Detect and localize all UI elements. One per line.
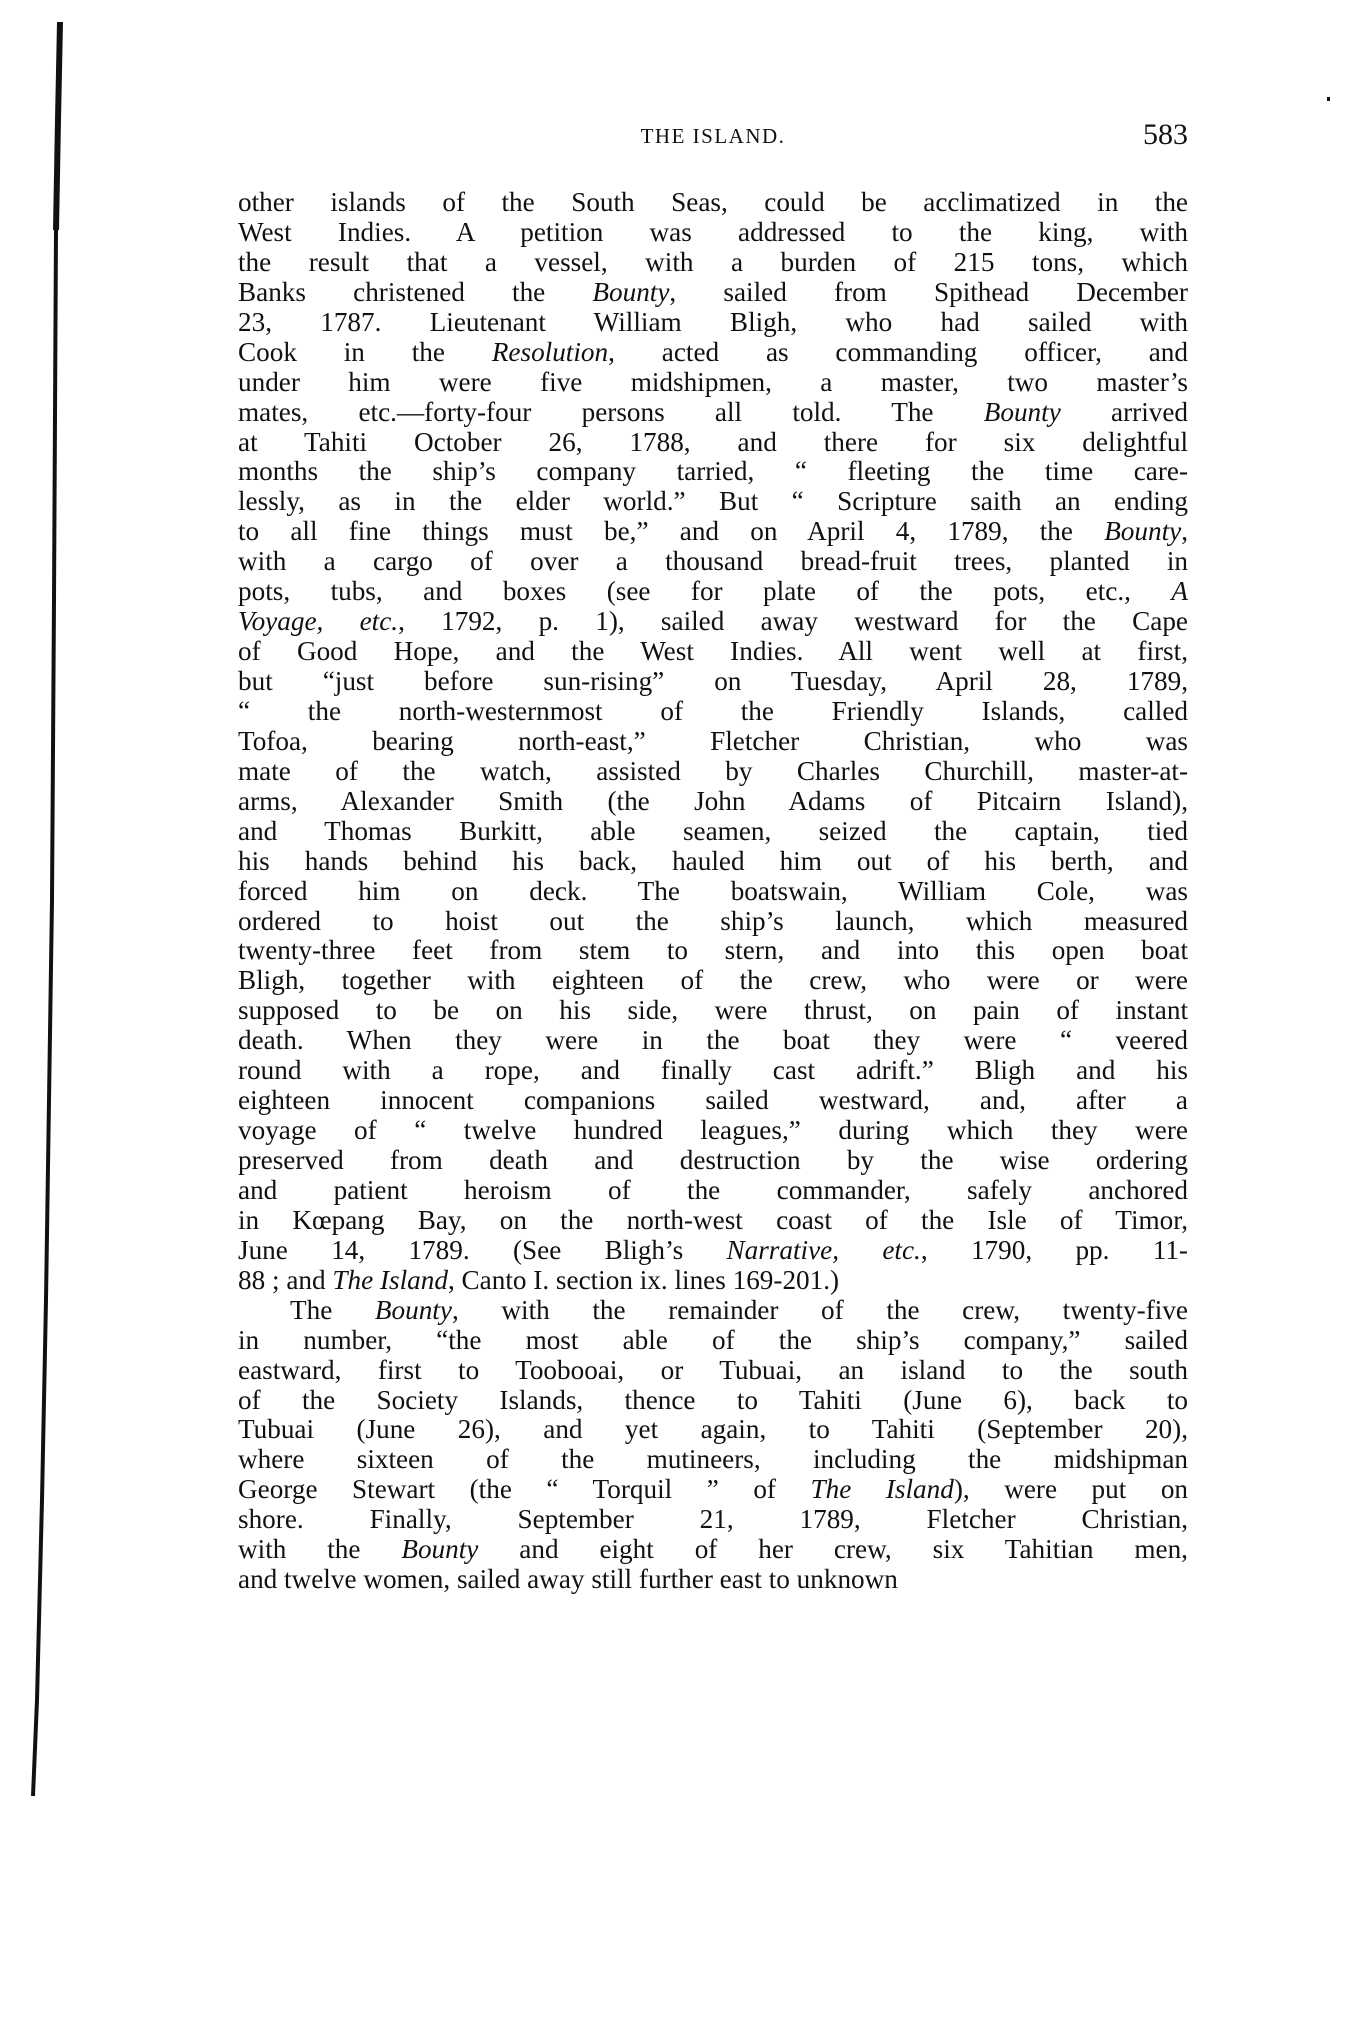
italic-title: Resolution xyxy=(492,337,608,367)
text-line: mate of the watch, assisted by Charles C… xyxy=(238,757,1188,787)
text-segment: arms, Alexander Smith (the John Adams of… xyxy=(238,786,1188,816)
text-segment: other islands of the South Seas, could b… xyxy=(238,187,1188,217)
text-line: supposed to be on his side, were thrust,… xyxy=(238,996,1188,1026)
text-line: and patient heroism of the commander, sa… xyxy=(238,1176,1188,1206)
text-line: eighteen innocent companions sailed west… xyxy=(238,1086,1188,1116)
text-segment: his hands behind his back, hauled him ou… xyxy=(238,846,1188,876)
italic-title: A xyxy=(1171,576,1188,606)
text-line: under him were five midshipmen, a master… xyxy=(238,368,1188,398)
text-line: Tofoa, bearing north-east,” Fletcher Chr… xyxy=(238,727,1188,757)
text-line: Voyage, etc., 1792, p. 1), sailed away w… xyxy=(238,607,1188,637)
text-line: June 14, 1789. (See Bligh’s Narrative, e… xyxy=(238,1236,1188,1266)
text-segment: , sailed from Spithead December xyxy=(669,277,1188,307)
book-page: THE ISLAND. 583 other islands of the Sou… xyxy=(0,0,1356,2018)
running-head: THE ISLAND. 583 xyxy=(238,118,1188,152)
text-line: lessly, as in the elder world.” But “ Sc… xyxy=(238,487,1188,517)
scan-speck xyxy=(1327,97,1330,101)
text-segment: Tofoa, bearing north-east,” Fletcher Chr… xyxy=(238,726,1188,756)
text-segment: , acted as commanding officer, and xyxy=(608,337,1188,367)
text-segment: eastward, first to Toobooai, or Tubuai, … xyxy=(238,1355,1188,1385)
text-line: mates, etc.—forty-four persons all told.… xyxy=(238,398,1188,428)
text-line: at Tahiti October 26, 1788, and there fo… xyxy=(238,428,1188,458)
text-line: months the ship’s company tarried, “ fle… xyxy=(238,457,1188,487)
text-segment: and twelve women, sailed away still furt… xyxy=(238,1564,898,1594)
text-line: preserved from death and destruction by … xyxy=(238,1146,1188,1176)
text-line: where sixteen of the mutineers, includin… xyxy=(238,1445,1188,1475)
text-line: arms, Alexander Smith (the John Adams of… xyxy=(238,787,1188,817)
text-line: “ the north-westernmost of the Friendly … xyxy=(238,697,1188,727)
italic-title: Bounty xyxy=(1104,516,1181,546)
text-line: round with a rope, and finally cast adri… xyxy=(238,1056,1188,1086)
text-segment: at Tahiti October 26, 1788, and there fo… xyxy=(238,427,1188,457)
text-segment: with a cargo of over a thousand bread-fr… xyxy=(238,546,1188,576)
text-segment: months the ship’s company tarried, “ fle… xyxy=(238,456,1188,486)
text-line: death. When they were in the boat they w… xyxy=(238,1026,1188,1056)
text-line: shore. Finally, September 21, 1789, Flet… xyxy=(238,1505,1188,1535)
text-line: voyage of “ twelve hundred leagues,” dur… xyxy=(238,1116,1188,1146)
text-line: West Indies. A petition was addressed to… xyxy=(238,218,1188,248)
text-segment: West Indies. A petition was addressed to… xyxy=(238,217,1188,247)
text-line: twenty-three feet from stem to stern, an… xyxy=(238,936,1188,966)
text-line: Cook in the Resolution, acted as command… xyxy=(238,338,1188,368)
text-line: with the Bounty and eight of her crew, s… xyxy=(238,1535,1188,1565)
text-segment: with the xyxy=(238,1534,401,1564)
text-segment: and Thomas Burkitt, able seamen, seized … xyxy=(238,816,1188,846)
text-line: of Good Hope, and the West Indies. All w… xyxy=(238,637,1188,667)
text-segment: of Good Hope, and the West Indies. All w… xyxy=(238,636,1188,666)
text-segment: 23, 1787. Lieutenant William Bligh, who … xyxy=(238,307,1188,337)
text-segment: the result that a vessel, with a burden … xyxy=(238,247,1188,277)
italic-title: Bounty xyxy=(984,397,1061,427)
text-line: 23, 1787. Lieutenant William Bligh, who … xyxy=(238,308,1188,338)
text-segment: , Canto I. section ix. lines 169-201.) xyxy=(448,1265,839,1295)
text-segment: , xyxy=(1181,516,1188,546)
text-line: Bligh, together with eighteen of the cre… xyxy=(238,966,1188,996)
text-segment: supposed to be on his side, were thrust,… xyxy=(238,995,1188,1025)
text-line: pots, tubs, and boxes (see for plate of … xyxy=(238,577,1188,607)
text-segment: under him were five midshipmen, a master… xyxy=(238,367,1188,397)
text-segment: ), were put on xyxy=(954,1474,1188,1504)
text-line: ordered to hoist out the ship’s launch, … xyxy=(238,907,1188,937)
text-segment: ordered to hoist out the ship’s launch, … xyxy=(238,906,1188,936)
text-line: his hands behind his back, hauled him ou… xyxy=(238,847,1188,877)
text-segment: death. When they were in the boat they w… xyxy=(238,1025,1188,1055)
text-segment: Tubuai (June 26), and yet again, to Tahi… xyxy=(238,1414,1188,1444)
text-segment: where sixteen of the mutineers, includin… xyxy=(238,1444,1188,1474)
text-segment: Banks christened the xyxy=(238,277,592,307)
text-segment: , with the remainder of the crew, twenty… xyxy=(452,1295,1188,1325)
text-segment: to all fine things must be,” and on Apri… xyxy=(238,516,1104,546)
text-segment: eighteen innocent companions sailed west… xyxy=(238,1085,1188,1115)
italic-title: Bounty xyxy=(401,1534,478,1564)
text-line: Tubuai (June 26), and yet again, to Tahi… xyxy=(238,1415,1188,1445)
text-segment: of the Society Islands, thence to Tahiti… xyxy=(238,1385,1188,1415)
text-segment: and eight of her crew, six Tahitian men, xyxy=(478,1534,1188,1564)
italic-title: The Island xyxy=(332,1265,448,1295)
text-segment: mate of the watch, assisted by Charles C… xyxy=(238,756,1188,786)
text-segment: forced him on deck. The boatswain, Willi… xyxy=(238,876,1188,906)
text-segment: arrived xyxy=(1061,397,1188,427)
text-line: in number, “the most able of the ship’s … xyxy=(238,1326,1188,1356)
body-text: other islands of the South Seas, could b… xyxy=(238,188,1188,1595)
text-segment: in number, “the most able of the ship’s … xyxy=(238,1325,1188,1355)
text-line: 88 ; and The Island, Canto I. section ix… xyxy=(238,1266,1188,1296)
text-line: George Stewart (the “ Torquil ” of The I… xyxy=(238,1475,1188,1505)
text-line: The Bounty, with the remainder of the cr… xyxy=(238,1296,1188,1326)
text-line: to all fine things must be,” and on Apri… xyxy=(238,517,1188,547)
text-segment: , 1792, p. 1), sailed away westward for … xyxy=(398,606,1188,636)
text-segment: but “just before sun-rising” on Tuesday,… xyxy=(238,666,1188,696)
italic-title: The Island xyxy=(811,1474,954,1504)
text-segment: mates, etc.—forty-four persons all told.… xyxy=(238,397,984,427)
text-line: with a cargo of over a thousand bread-fr… xyxy=(238,547,1188,577)
text-segment: 88 ; and xyxy=(238,1265,332,1295)
text-line: forced him on deck. The boatswain, Willi… xyxy=(238,877,1188,907)
text-segment: voyage of “ twelve hundred leagues,” dur… xyxy=(238,1115,1188,1145)
text-line: Banks christened the Bounty, sailed from… xyxy=(238,278,1188,308)
text-segment: shore. Finally, September 21, 1789, Flet… xyxy=(238,1504,1188,1534)
italic-title: Narrative, etc. xyxy=(726,1235,920,1265)
text-segment: preserved from death and destruction by … xyxy=(238,1145,1188,1175)
text-line: in Kœpang Bay, on the north-west coast o… xyxy=(238,1206,1188,1236)
text-segment: in Kœpang Bay, on the north-west coast o… xyxy=(238,1205,1188,1235)
text-segment: and patient heroism of the commander, sa… xyxy=(238,1175,1188,1205)
text-segment: lessly, as in the elder world.” But “ Sc… xyxy=(238,486,1188,516)
italic-title: Voyage, etc. xyxy=(238,606,398,636)
text-line: of the Society Islands, thence to Tahiti… xyxy=(238,1386,1188,1416)
text-segment: “ the north-westernmost of the Friendly … xyxy=(238,696,1188,726)
text-segment: June 14, 1789. (See Bligh’s xyxy=(238,1235,726,1265)
text-segment: Bligh, together with eighteen of the cre… xyxy=(238,965,1188,995)
text-line: the result that a vessel, with a burden … xyxy=(238,248,1188,278)
text-segment: , 1790, pp. 11- xyxy=(921,1235,1188,1265)
text-segment: round with a rope, and finally cast adri… xyxy=(238,1055,1188,1085)
text-line: but “just before sun-rising” on Tuesday,… xyxy=(238,667,1188,697)
italic-title: Bounty xyxy=(375,1295,452,1325)
text-line: eastward, first to Toobooai, or Tubuai, … xyxy=(238,1356,1188,1386)
text-segment: twenty-three feet from stem to stern, an… xyxy=(238,935,1188,965)
text-line: and twelve women, sailed away still furt… xyxy=(238,1565,1188,1595)
italic-title: Bounty xyxy=(592,277,669,307)
text-segment: George Stewart (the “ Torquil ” of xyxy=(238,1474,811,1504)
text-line: other islands of the South Seas, could b… xyxy=(238,188,1188,218)
text-segment: The xyxy=(290,1295,375,1325)
text-segment: pots, tubs, and boxes (see for plate of … xyxy=(238,576,1171,606)
text-line: and Thomas Burkitt, able seamen, seized … xyxy=(238,817,1188,847)
text-segment: Cook in the xyxy=(238,337,492,367)
running-title: THE ISLAND. xyxy=(238,124,1188,149)
page-number: 583 xyxy=(1143,118,1188,152)
